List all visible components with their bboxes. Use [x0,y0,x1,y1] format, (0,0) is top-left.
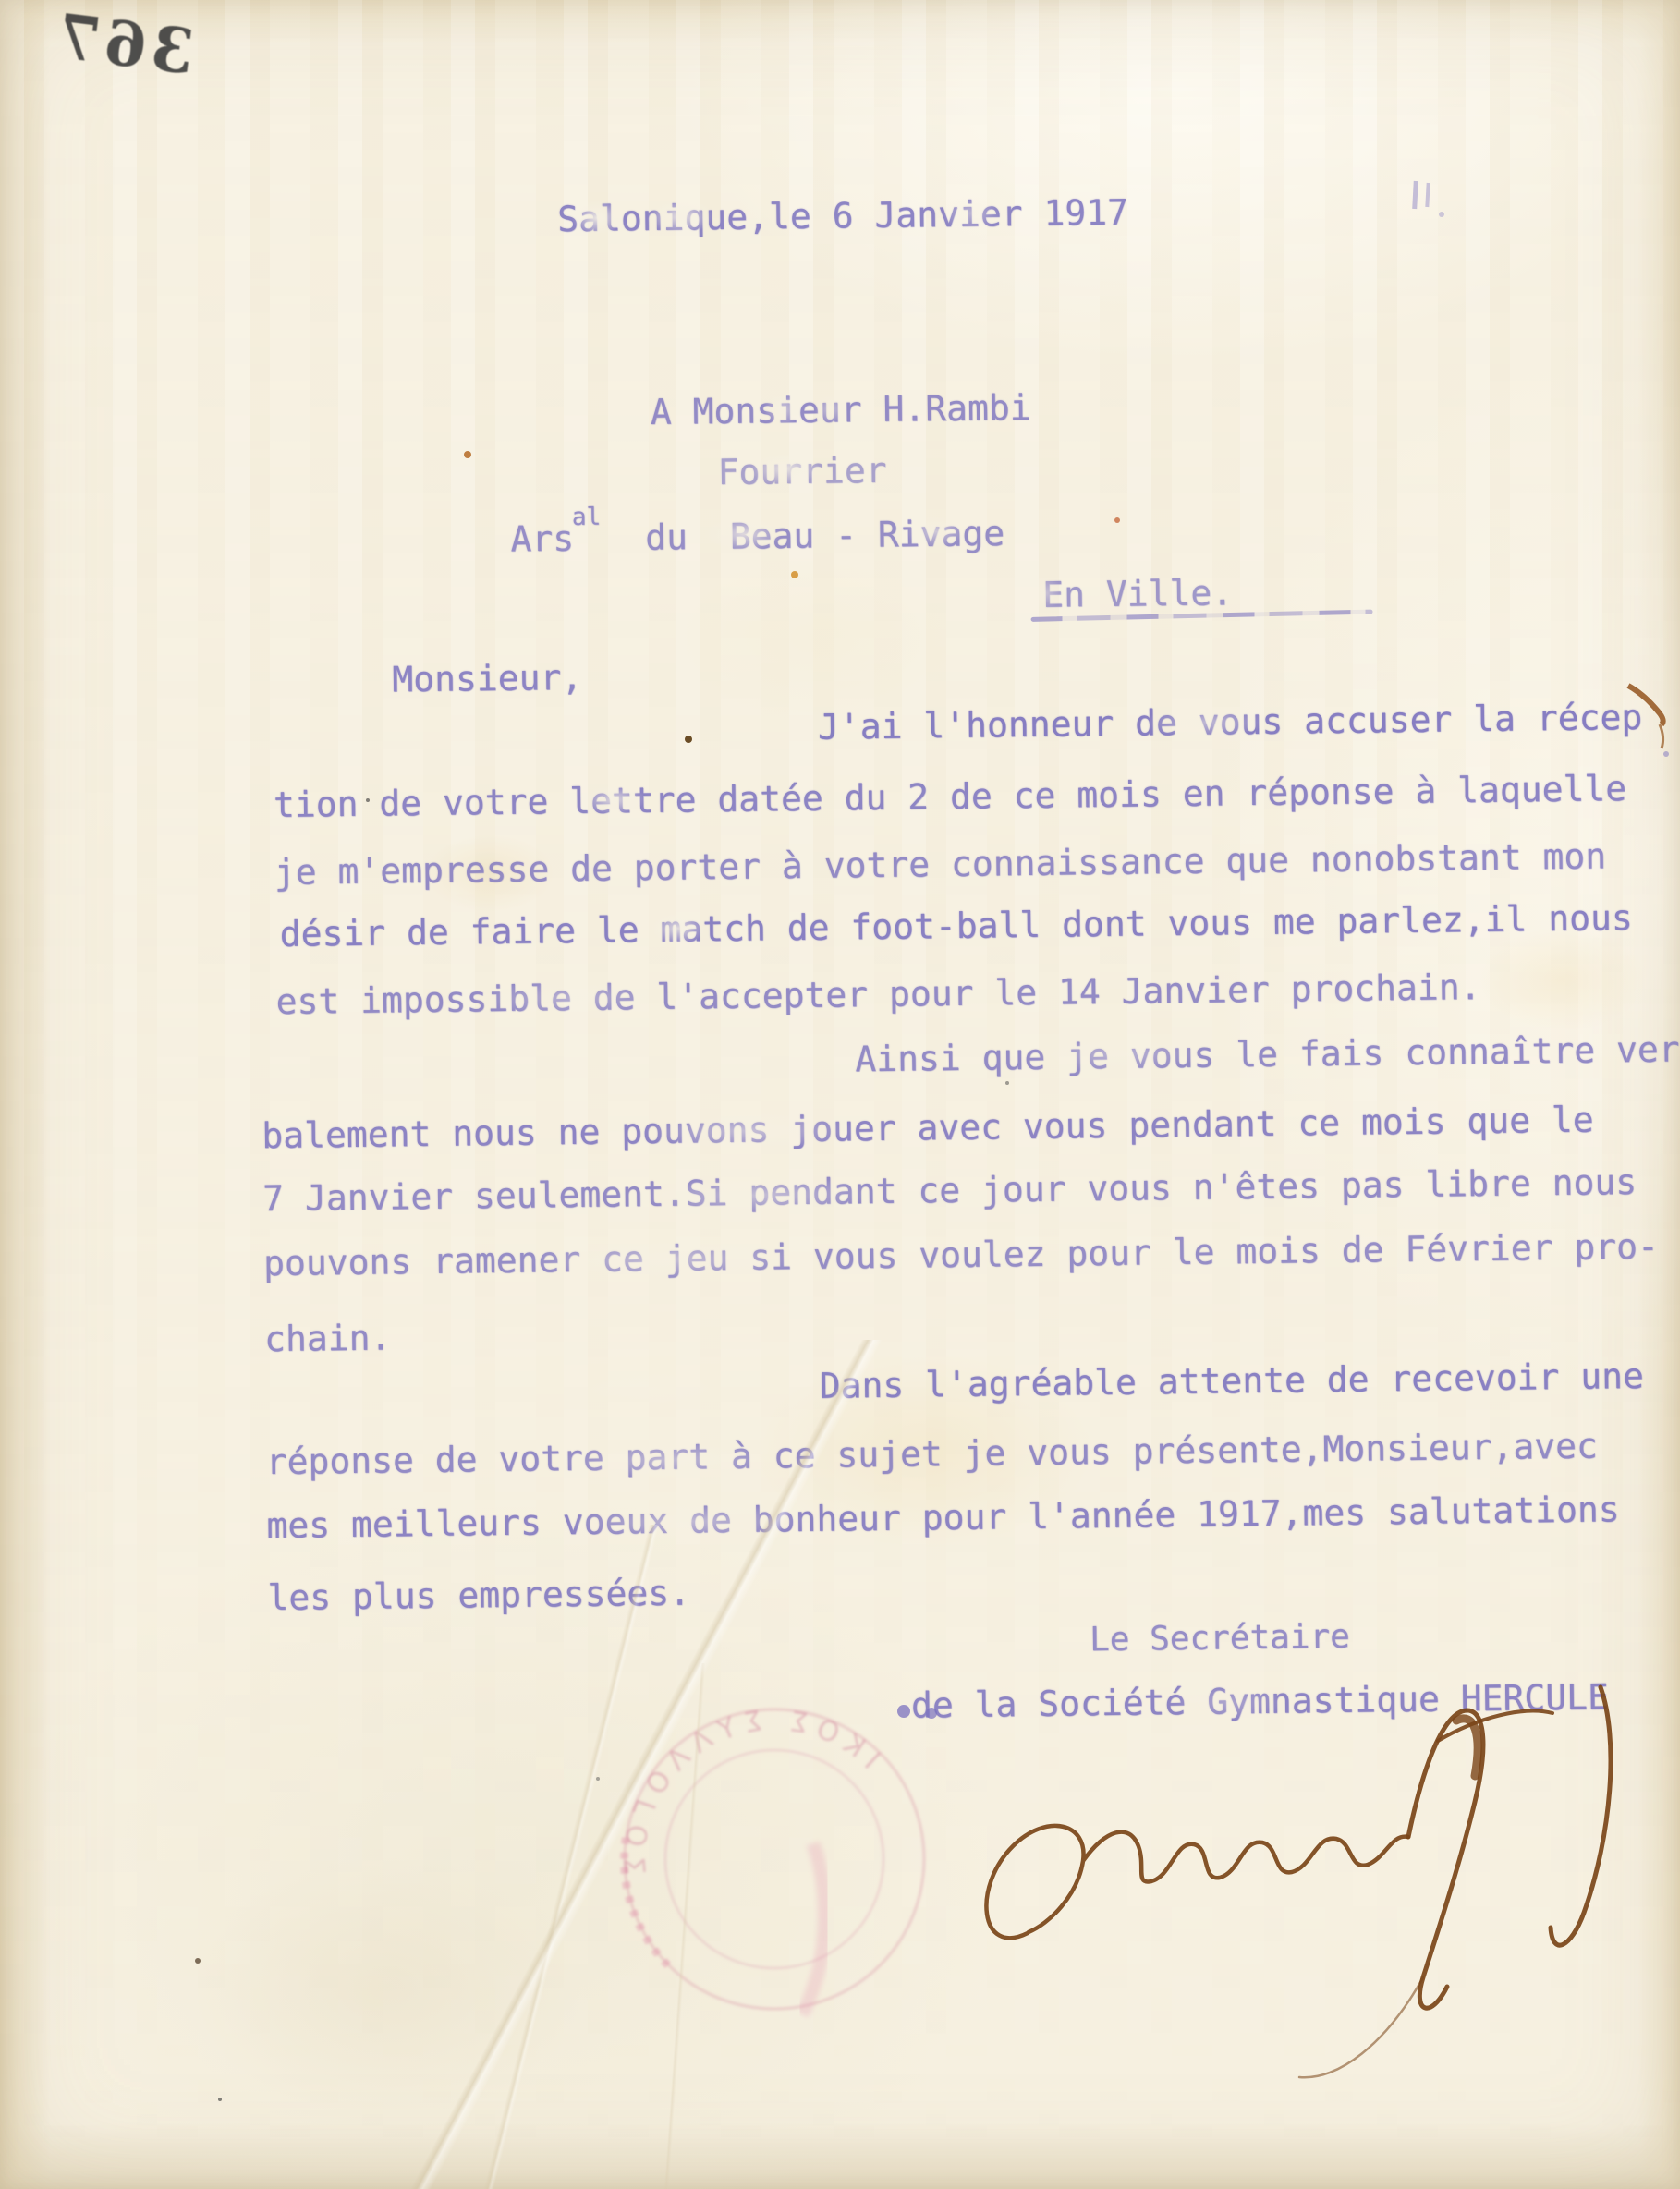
address-rest: du Beau - Rivage [603,513,1004,558]
recipient-name: A Monsieur H.Rambi [651,390,1031,430]
address-prefix: Ars [510,518,574,560]
body-line: réponse de votre part à ce sujet je vous… [265,1429,1598,1480]
dateline: Salonique,le 6 Janvier 1917 [557,195,1128,237]
closing-organization: de la Société Gymnastique HERCULE [911,1679,1609,1722]
body-line: est impossible de l'accepter pour le 14 … [275,969,1480,1019]
recipient-title: Fourrier [717,453,886,490]
body-line: les plus empressées. [267,1575,690,1616]
body-line: tion de votre lettre datée du 2 de ce mo… [274,771,1627,822]
closing-title: Le Secrétaire [1090,1621,1350,1657]
recipient-address: Arsal du Beau - Rivage [510,513,1004,556]
body-line: mes meilleurs voeux de bonheur pour l'an… [266,1491,1620,1543]
body-line: 7 Janvier seulement.Si pendant ce jour v… [262,1164,1637,1216]
letter-scan: 367 Salonique,le 6 Janvier 1917 A Monsie… [0,0,1680,2189]
body-line: pouvons ramener ce jeu si vous voulez po… [263,1229,1659,1281]
destination-line: En Ville. [1042,575,1233,613]
body-line: J'ai l'honneur de vous accuser la récep [818,699,1643,745]
address-superscript: al [572,504,602,531]
ink-fade-overlay [0,0,1680,2189]
body-line: je m'empresse de porter à votre connaiss… [274,838,1607,890]
salutation: Monsieur, [392,660,582,698]
body-line: désir de faire le match de foot-ball don… [279,900,1633,952]
letter-content: Salonique,le 6 Janvier 1917 A Monsieur H… [0,0,1680,2189]
body-line: chain. [264,1320,392,1357]
body-line: balement nous ne pouvons jouer avec vous… [262,1102,1594,1154]
body-line: Ainsi que je vous le fais connaître ver [855,1031,1680,1076]
body-line: Dans l'agréable attente de recevoir une [819,1358,1644,1404]
